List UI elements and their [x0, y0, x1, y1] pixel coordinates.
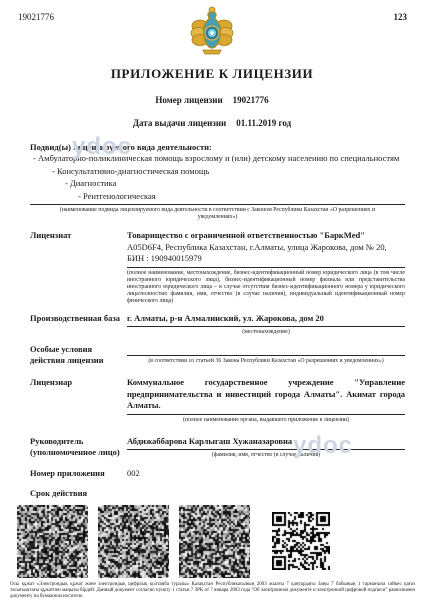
subtype-item: - Рентгенологическая [78, 190, 405, 203]
license-date-label: Дата выдачи лицензии [133, 118, 226, 128]
licensor-value-wrap: Коммунальное государственное учреждение … [127, 377, 405, 424]
barcode-row [17, 505, 340, 578]
head-person-value-wrap: Абдижаббарова Карлыгаш Хужаназаровна (фа… [127, 436, 405, 460]
head-person-row: Руководитель (уполномоченное лицо) Абдиж… [30, 436, 405, 460]
appendix-number-label: Номер приложения [30, 468, 127, 479]
licensor-note: (полное наименование органа, выдавшего п… [127, 417, 405, 424]
production-base-value: г. Алматы, р-н Алмалинский, ул. Жарокова… [127, 313, 405, 325]
page-number: 123 [394, 12, 408, 22]
production-base-value-wrap: г. Алматы, р-н Алмалинский, ул. Жарокова… [127, 313, 405, 337]
production-base-note: (местонахождение) [127, 329, 405, 336]
document-number-header: 19021776 [18, 12, 54, 22]
appendix-number-value: 002 [127, 468, 405, 480]
subtypes-heading: Подвид(ы) лицензируемого вида деятельнос… [30, 142, 405, 152]
datamatrix-barcode-2 [98, 505, 169, 578]
head-person-note: (фамилия, имя, отчество (в случае наличи… [127, 452, 405, 459]
validity-row: Срок действия [30, 488, 405, 499]
divider [127, 449, 405, 450]
production-base-row: Производственная база г. Алматы, р-н Алм… [30, 313, 405, 337]
appendix-number-row: Номер приложения 002 [30, 468, 405, 480]
licensor-value: Коммунальное государственное учреждение … [127, 377, 405, 412]
special-conditions-value-wrap: (в соответствии со статьей 36 Закона Рес… [127, 344, 405, 365]
divider [30, 204, 405, 205]
subtype-item: - Консультативно-диагностическая помощь [52, 165, 405, 178]
subtype-item: - Диагностика [65, 177, 405, 190]
divider [127, 326, 405, 327]
licensee-address: A05D6F4, Республика Казахстан, г.Алматы,… [127, 242, 405, 265]
licensee-value: Товарищество с ограниченной ответственно… [127, 230, 405, 305]
head-person-value: Абдижаббарова Карлыгаш Хужаназаровна [127, 436, 405, 448]
license-number-value: 19021776 [233, 95, 269, 105]
kazakhstan-coat-of-arms-icon [190, 6, 234, 63]
licensee-note: (полное наименование, местонахождение, б… [127, 270, 405, 305]
subtypes-note: (наименование подвида лицензируемого вид… [30, 207, 405, 221]
special-conditions-label: Особые условия действия лицензии [30, 344, 127, 366]
legal-footnote: Осы құжат «Электрондық құжат және электр… [10, 582, 415, 599]
validity-label: Срок действия [30, 488, 127, 499]
divider [127, 414, 405, 415]
page-title: ПРИЛОЖЕНИЕ К ЛИЦЕНЗИИ [0, 66, 424, 82]
licensor-label: Лицензиар [30, 377, 127, 388]
license-number-label: Номер лицензии [155, 95, 222, 105]
production-base-label: Производственная база [30, 313, 127, 324]
subtypes-section: Подвид(ы) лицензируемого вида деятельнос… [30, 142, 405, 221]
datamatrix-barcode-3 [179, 505, 250, 578]
divider [127, 355, 405, 356]
licensee-name: Товарищество с ограниченной ответственно… [127, 230, 405, 242]
license-date-line: Дата выдачи лицензии01.11.2019 год [0, 118, 424, 128]
special-conditions-row: Особые условия действия лицензии (в соот… [30, 344, 405, 366]
divider [127, 267, 405, 268]
licensor-row: Лицензиар Коммунальное государственное у… [30, 377, 405, 424]
licensee-label: Лицензиат [30, 230, 127, 241]
head-person-label: Руководитель (уполномоченное лицо) [30, 436, 127, 458]
license-number-line: Номер лицензии19021776 [0, 95, 424, 105]
special-conditions-note: (в соответствии со статьей 36 Закона Рес… [127, 358, 405, 365]
license-appendix-document: 19021776 123 ПРИЛОЖЕНИЕ К ЛИЦЕНЗИИ Номер… [0, 0, 424, 600]
subtype-item: - Амбулаторно-поликлиническая помощь взр… [33, 152, 405, 165]
datamatrix-barcode-1 [17, 505, 88, 578]
license-date-value: 01.11.2019 год [236, 118, 291, 128]
qr-code [272, 512, 330, 570]
licensee-row: Лицензиат Товарищество с ограниченной от… [30, 230, 405, 305]
